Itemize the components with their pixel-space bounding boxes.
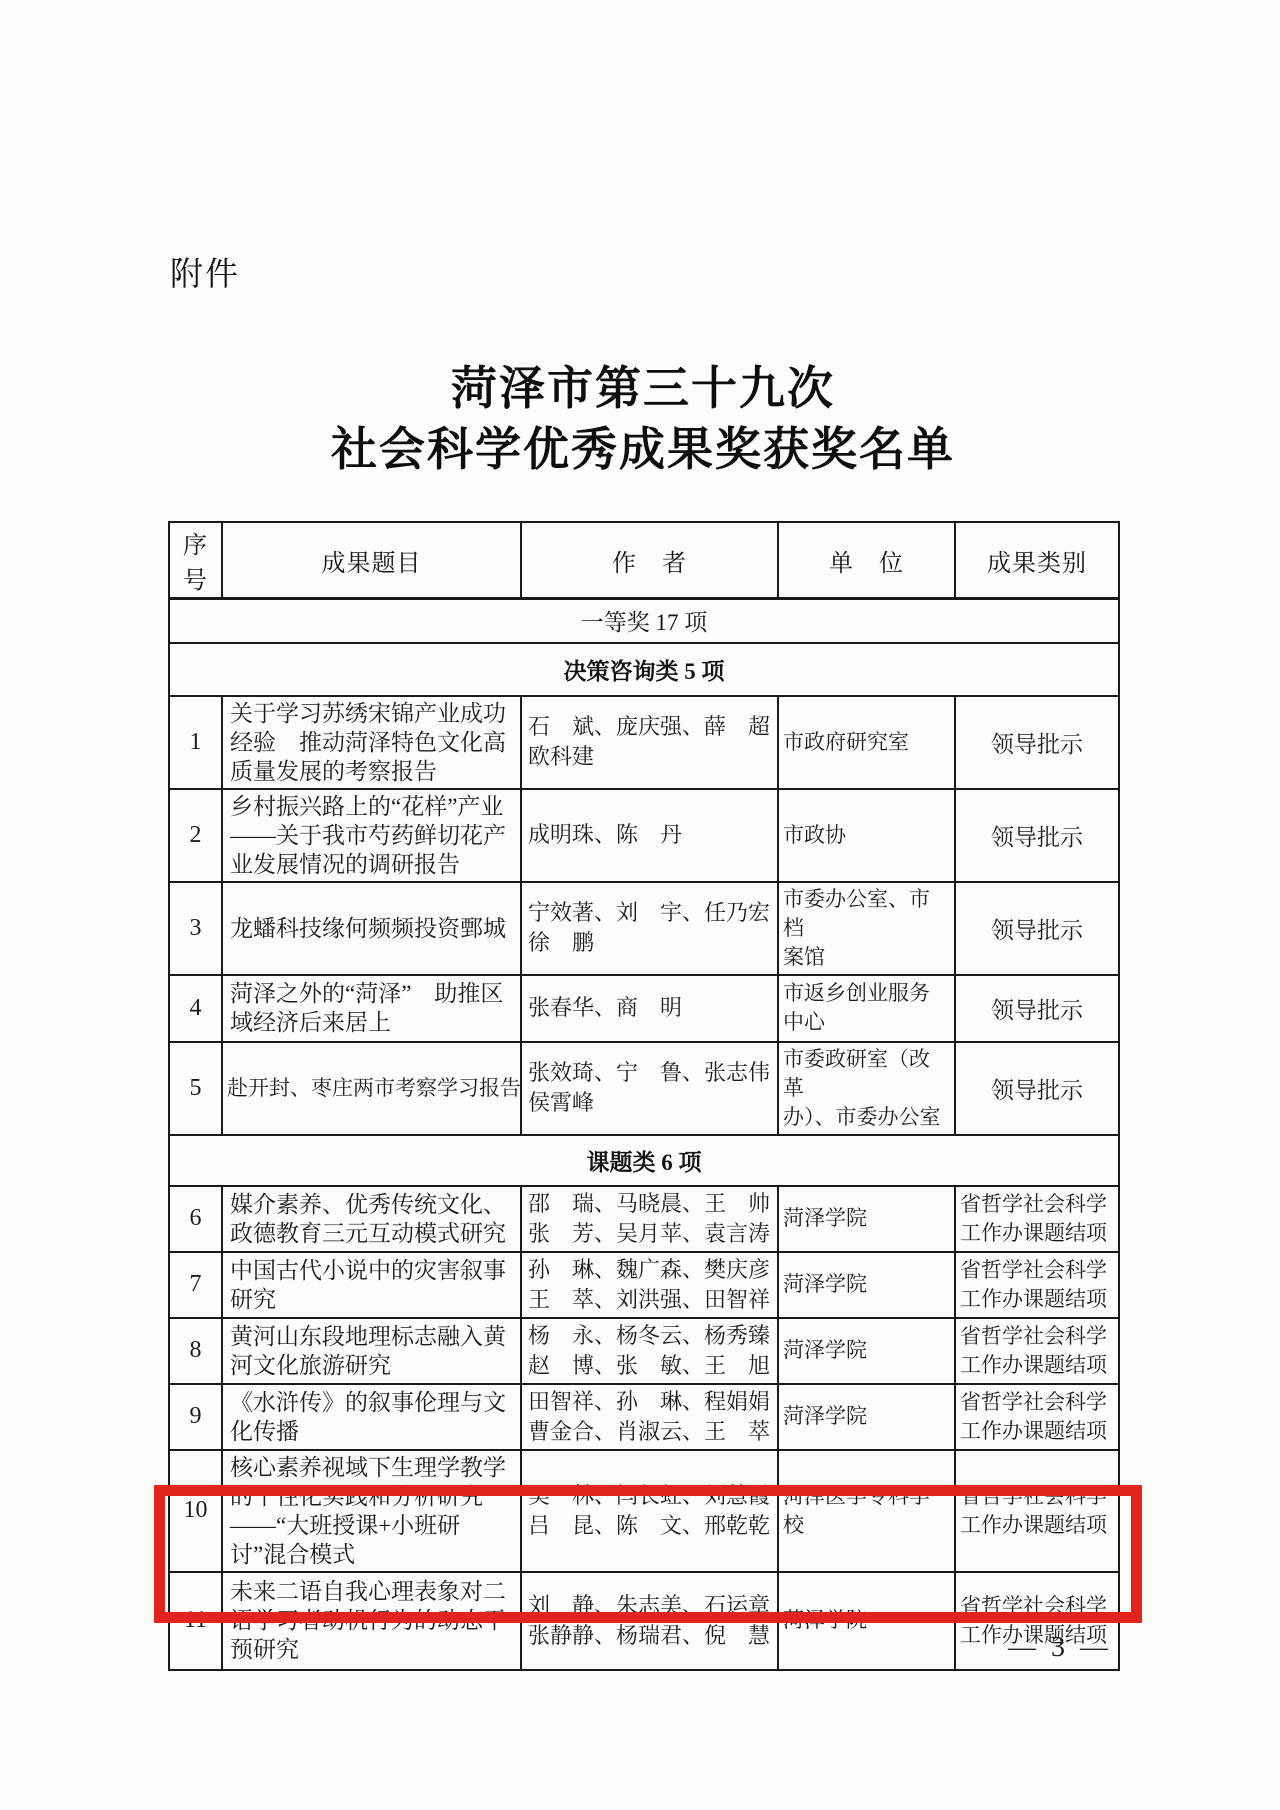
row-no: 9 — [169, 1384, 222, 1450]
section-project-label: 课题类 6 项 — [169, 1135, 1119, 1186]
row-title: 《水浒传》的叙事伦理与文化传播 — [222, 1384, 521, 1450]
row-title: 乡村振兴路上的“花样”产业——关于我市芍药鲜切花产业发展情况的调研报告 — [222, 789, 521, 882]
row-title: 关于学习苏绣宋锦产业成功经验 推动菏泽特色文化高质量发展的考察报告 — [222, 696, 521, 789]
table-row: 3 龙蟠科技缘何频频投资鄄城 宁效著、刘 宇、任乃宏 徐 鹏 市委办公室、市档 … — [169, 882, 1119, 975]
row-title: 龙蟠科技缘何频频投资鄄城 — [222, 882, 521, 975]
row-unit: 市返乡创业服务 中心 — [778, 975, 955, 1042]
section-first-prize-label: 一等奖 17 项 — [169, 599, 1119, 643]
row-authors: 田智祥、孙 琳、程娟娟 曹金合、肖淑云、王 萃 — [521, 1384, 778, 1450]
table-row: 10 核心素养视域下生理学教学的个性化实践和分析研究——“大班授课+小班研讨”混… — [169, 1450, 1119, 1572]
row-unit: 市政府研究室 — [778, 696, 955, 789]
row-category: 省哲学社会科学 工作办课题结项 — [955, 1318, 1119, 1384]
table-row: 4 菏泽之外的“菏泽” 助推区域经济后来居上 张春华、商 明 市返乡创业服务 中… — [169, 975, 1119, 1042]
header-unit: 单 位 — [778, 522, 955, 599]
row-no: 6 — [169, 1186, 222, 1252]
table-row: 2 乡村振兴路上的“花样”产业——关于我市芍药鲜切花产业发展情况的调研报告 成明… — [169, 789, 1119, 882]
table-row: 6 媒介素养、优秀传统文化、政德教育三元互动模式研究 邵 瑞、马晓晨、王 帅 张… — [169, 1186, 1119, 1252]
table-row: 5 赴开封、枣庄两市考察学习报告 张效琦、宁 鲁、张志伟 侯霄峰 市委政研室（改… — [169, 1042, 1119, 1135]
header-no: 序号 — [169, 522, 222, 599]
row-unit: 菏泽学院 — [778, 1384, 955, 1450]
table-row: 7 中国古代小说中的灾害叙事研究 孙 琳、魏广森、樊庆彦 王 萃、刘洪强、田智祥… — [169, 1252, 1119, 1318]
row-no: 11 — [169, 1572, 222, 1670]
row-authors: 刘 静、朱志美、石运章 张静静、杨瑞君、倪 慧 — [521, 1572, 778, 1670]
row-unit: 菏泽学院 — [778, 1318, 955, 1384]
row-authors: 张春华、商 明 — [521, 975, 778, 1042]
section-project: 课题类 6 项 — [169, 1135, 1119, 1186]
row-no: 5 — [169, 1042, 222, 1135]
row-unit: 菏泽医学专科学校 — [778, 1450, 955, 1572]
row-title: 中国古代小说中的灾害叙事研究 — [222, 1252, 521, 1318]
table-row: 1 关于学习苏绣宋锦产业成功经验 推动菏泽特色文化高质量发展的考察报告 石 斌、… — [169, 696, 1119, 789]
row-unit: 菏泽学院 — [778, 1572, 955, 1670]
header-author: 作 者 — [521, 522, 778, 599]
row-no: 10 — [169, 1450, 222, 1572]
table-row: 9 《水浒传》的叙事伦理与文化传播 田智祥、孙 琳、程娟娟 曹金合、肖淑云、王 … — [169, 1384, 1119, 1450]
awards-table: 序号 成果题目 作 者 单 位 成果类别 一等奖 17 项 决策咨询类 5 项 … — [168, 521, 1120, 1671]
section-consulting-label: 决策咨询类 5 项 — [169, 643, 1119, 696]
row-category: 省哲学社会科学 工作办课题结项 — [955, 1252, 1119, 1318]
table-row-highlighted: 11 未来二语自我心理表象对二语学习者动机行为的动态干预研究 刘 静、朱志美、石… — [169, 1572, 1119, 1670]
row-authors: 石 斌、庞庆强、薛 超 欧科建 — [521, 696, 778, 789]
attachment-label: 附件 — [170, 248, 240, 295]
row-no: 8 — [169, 1318, 222, 1384]
row-authors: 成明珠、陈 丹 — [521, 789, 778, 882]
row-no: 1 — [169, 696, 222, 789]
section-consulting: 决策咨询类 5 项 — [169, 643, 1119, 696]
row-category: 省哲学社会科学 工作办课题结项 — [955, 1186, 1119, 1252]
row-no: 3 — [169, 882, 222, 975]
document-title-line1: 菏泽市第三十九次 — [168, 358, 1118, 419]
row-category: 省哲学社会科学 工作办课题结项 — [955, 1450, 1119, 1572]
row-no: 2 — [169, 789, 222, 882]
row-category: 领导批示 — [955, 882, 1119, 975]
row-unit: 菏泽学院 — [778, 1252, 955, 1318]
row-title: 菏泽之外的“菏泽” 助推区域经济后来居上 — [222, 975, 521, 1042]
row-unit: 菏泽学院 — [778, 1186, 955, 1252]
document-title: 菏泽市第三十九次 社会科学优秀成果奖获奖名单 — [168, 358, 1118, 480]
row-authors: 邵 瑞、马晓晨、王 帅 张 芳、吴月苹、袁言涛 — [521, 1186, 778, 1252]
table-row: 8 黄河山东段地理标志融入黄河文化旅游研究 杨 永、杨冬云、杨秀臻 赵 博、张 … — [169, 1318, 1119, 1384]
row-category: 领导批示 — [955, 1042, 1119, 1135]
row-unit: 市委政研室（改革 办）、市委办公室 — [778, 1042, 955, 1135]
row-title: 黄河山东段地理标志融入黄河文化旅游研究 — [222, 1318, 521, 1384]
header-title: 成果题目 — [222, 522, 521, 599]
row-unit: 市政协 — [778, 789, 955, 882]
row-category: 领导批示 — [955, 975, 1119, 1042]
row-unit: 市委办公室、市档 案馆 — [778, 882, 955, 975]
document-page: 附件 菏泽市第三十九次 社会科学优秀成果奖获奖名单 序号 成果题目 作 者 单 … — [0, 0, 1280, 1810]
row-category: 领导批示 — [955, 696, 1119, 789]
row-title: 赴开封、枣庄两市考察学习报告 — [222, 1042, 521, 1135]
row-title: 核心素养视域下生理学教学的个性化实践和分析研究——“大班授课+小班研讨”混合模式 — [222, 1450, 521, 1572]
row-no: 7 — [169, 1252, 222, 1318]
row-authors: 张效琦、宁 鲁、张志伟 侯霄峰 — [521, 1042, 778, 1135]
header-category: 成果类别 — [955, 522, 1119, 599]
page-number: — 3 — — [1008, 1632, 1112, 1664]
row-no: 4 — [169, 975, 222, 1042]
row-title: 媒介素养、优秀传统文化、政德教育三元互动模式研究 — [222, 1186, 521, 1252]
row-authors: 孙 琳、魏广森、樊庆彦 王 萃、刘洪强、田智祥 — [521, 1252, 778, 1318]
row-category: 省哲学社会科学 工作办课题结项 — [955, 1384, 1119, 1450]
row-authors: 宁效著、刘 宇、任乃宏 徐 鹏 — [521, 882, 778, 975]
row-authors: 杨 永、杨冬云、杨秀臻 赵 博、张 敏、王 旭 — [521, 1318, 778, 1384]
section-first-prize: 一等奖 17 项 — [169, 599, 1119, 643]
document-title-line2: 社会科学优秀成果奖获奖名单 — [168, 419, 1118, 480]
row-category: 领导批示 — [955, 789, 1119, 882]
row-title: 未来二语自我心理表象对二语学习者动机行为的动态干预研究 — [222, 1572, 521, 1670]
row-authors: 吴 林、闫长虹、刘慧霞 吕 昆、陈 文、邢乾乾 — [521, 1450, 778, 1572]
table-header-row: 序号 成果题目 作 者 单 位 成果类别 — [169, 522, 1119, 599]
